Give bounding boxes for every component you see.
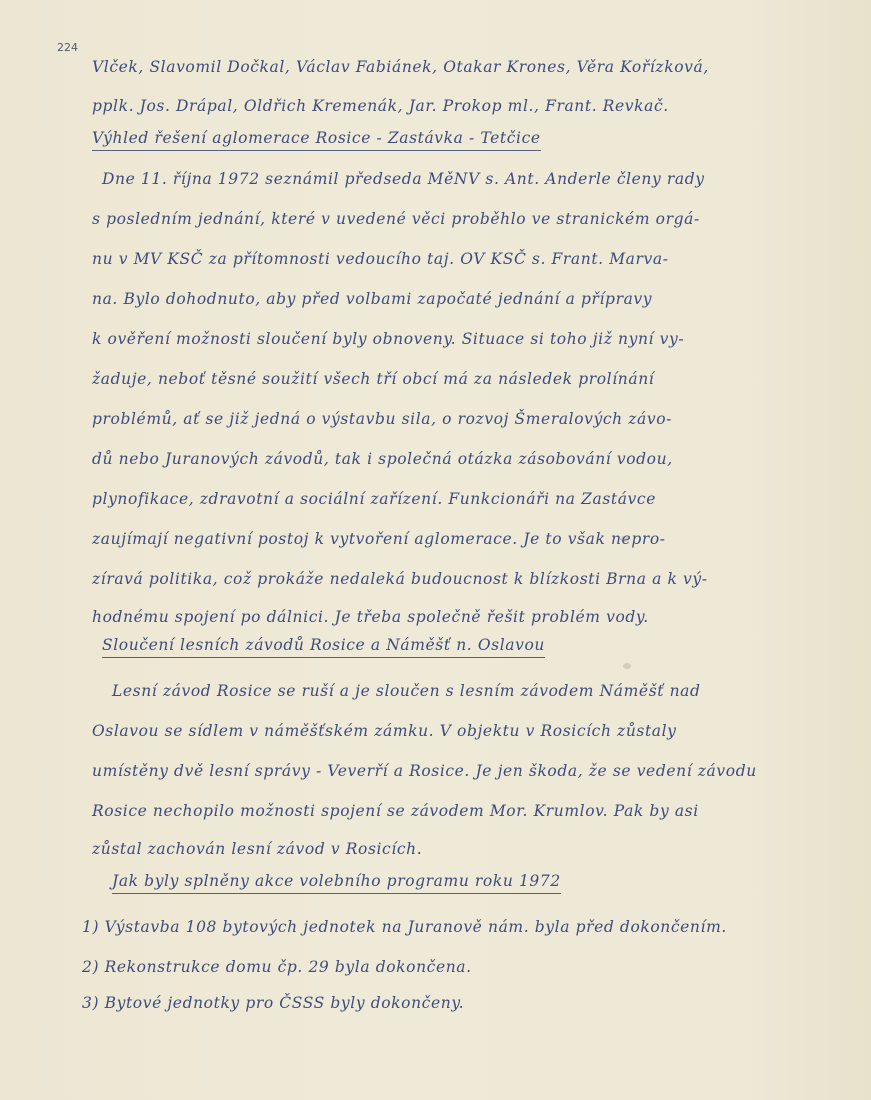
- paragraph-line: Oslavou se sídlem v náměšťském zámku. V …: [92, 722, 677, 740]
- list-item: 2) Rekonstrukce domu čp. 29 byla dokonče…: [82, 958, 472, 976]
- paragraph-line: plynofikace, zdravotní a sociální zaříze…: [92, 490, 656, 508]
- list-item: 3) Bytové jednotky pro ČSSS byly dokonče…: [82, 994, 464, 1012]
- list-item: 1) Výstavba 108 bytových jednotek na Jur…: [82, 918, 727, 936]
- paragraph-line: problémů, ať se již jedná o výstavbu sil…: [92, 410, 672, 428]
- intro-line: Vlček, Slavomil Dočkal, Václav Fabiánek,…: [92, 58, 709, 76]
- section-heading-agglomeration: Výhled řešení aglomerace Rosice - Zastáv…: [92, 129, 541, 151]
- paragraph-line: umístěny dvě lesní správy - Veverří a Ro…: [92, 762, 757, 780]
- paragraph-line: nu v MV KSČ za přítomnosti vedoucího taj…: [92, 250, 669, 268]
- section-heading-election-program: Jak byly splněny akce volebního programu…: [112, 872, 561, 894]
- paper-stain: [623, 663, 631, 669]
- handwritten-chronicle-page: 224 Vlček, Slavomil Dočkal, Václav Fabiá…: [0, 0, 871, 1100]
- paragraph-line: Rosice nechopilo možnosti spojení se záv…: [92, 802, 699, 820]
- paragraph-line: s posledním jednání, které v uvedené věc…: [92, 210, 700, 228]
- intro-line: pplk. Jos. Drápal, Oldřich Kremenák, Jar…: [92, 97, 669, 115]
- paper-stain: [620, 536, 628, 542]
- page-number: 224: [57, 41, 78, 54]
- paragraph-line: Lesní závod Rosice se ruší a je sloučen …: [112, 682, 701, 700]
- paragraph-line: dů nebo Juranových závodů, tak i společn…: [92, 450, 673, 468]
- paragraph-line: žaduje, neboť těsné soužití všech tří ob…: [92, 370, 654, 388]
- paragraph-line: zůstal zachován lesní závod v Rosicích.: [92, 840, 422, 858]
- paragraph-line: k ověření možnosti sloučení byly obnoven…: [92, 330, 684, 348]
- paragraph-line: zaujímají negativní postoj k vytvoření a…: [92, 530, 666, 548]
- paragraph-line: na. Bylo dohodnuto, aby před volbami zap…: [92, 290, 652, 308]
- paragraph-line: Dne 11. října 1972 seznámil předseda MěN…: [102, 170, 705, 188]
- paragraph-line: hodnému spojení po dálnici. Je třeba spo…: [92, 608, 649, 626]
- section-heading-forest-merger: Sloučení lesních závodů Rosice a Náměšť …: [102, 636, 545, 658]
- paragraph-line: zíravá politika, což prokáže nedaleká bu…: [92, 570, 708, 588]
